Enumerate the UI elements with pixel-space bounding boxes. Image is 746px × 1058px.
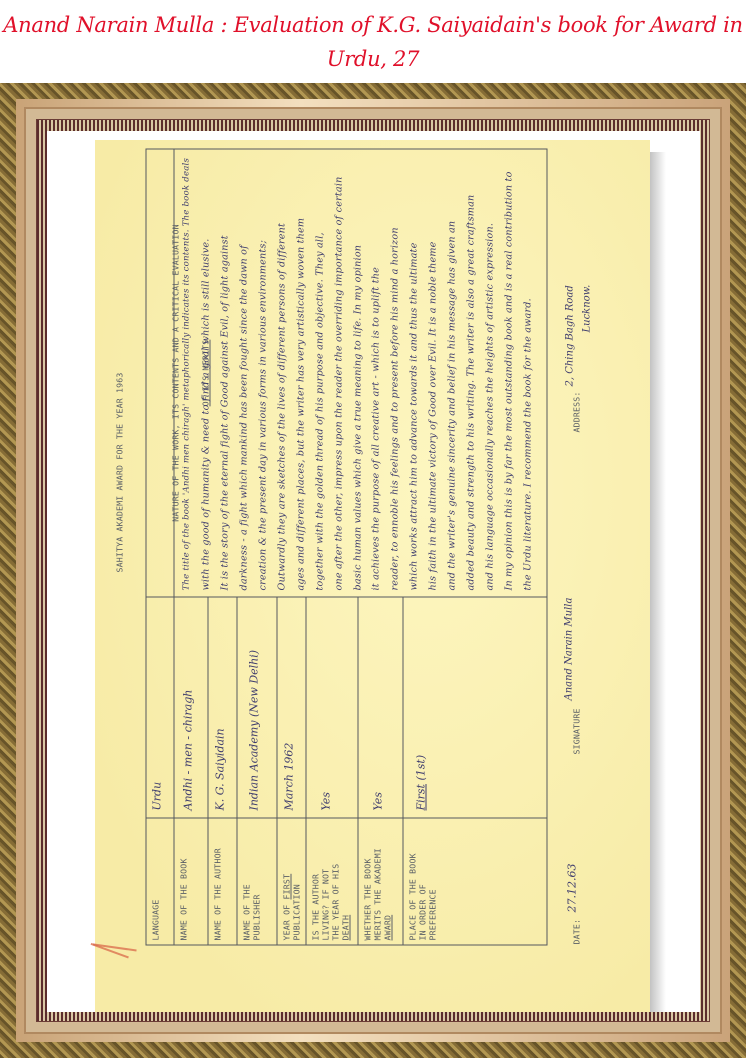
evaluation-line: It is the story of the eternal fight of …	[219, 235, 230, 590]
row-label: WHETHER THE BOOKMERITS THE AKADEMIAWARD	[362, 820, 392, 940]
table-row-divider	[357, 597, 358, 945]
row-value: Andhi - men - chiragh	[181, 689, 194, 810]
address-line-2: Lucknow.	[581, 284, 592, 332]
table-row-divider	[207, 597, 208, 945]
row-label: IS THE AUTHORLIVING? IF NOTTHE YEAR OF H…	[310, 820, 350, 940]
row-label: PLACE OF THE BOOKIN ORDER OFPREFERENCE	[407, 820, 437, 940]
paper-shadow	[650, 152, 666, 1012]
date-label: DATE:	[571, 918, 581, 944]
form-title: SAHITYA AKADEMI AWARD FOR THE YEAR 1963	[114, 282, 124, 662]
evaluation-line: added beauty and strength to his writing…	[465, 194, 476, 590]
table-row-divider	[402, 597, 403, 945]
evaluation-line: and the writer's genuine sincerity and b…	[446, 220, 457, 590]
caption-line-1: Anand Narain Mulla : Evaluation of K.G. …	[0, 8, 746, 76]
row-value: Yes	[319, 792, 332, 810]
table-border-bottom	[546, 148, 547, 945]
evaluation-line: with the good of humanity & need to find…	[200, 238, 211, 590]
table-row-divider	[276, 597, 277, 945]
table-row-divider	[305, 597, 306, 945]
date-value: 27.12.63	[565, 863, 578, 912]
table-border-left	[145, 944, 546, 945]
row-value: March 1962	[282, 742, 295, 810]
evaluation-line: ages and different places, but the write…	[295, 217, 306, 590]
evaluation-line: the Urdu literature. I recommend the boo…	[522, 298, 533, 590]
table-border-top	[145, 148, 146, 945]
evaluation-line: which works attract him to advance towar…	[408, 242, 419, 590]
evaluation-line: it achieves the purpose of all creative …	[370, 266, 381, 590]
evaluation-line: one after the other, impress upon the re…	[333, 176, 344, 590]
table-row-divider	[236, 597, 237, 945]
row-value: K. G. Saiyidain	[213, 728, 226, 810]
row-value: Urdu	[150, 781, 163, 810]
evaluation-line: and his language occasionally reaches th…	[484, 222, 495, 590]
evaluation-line: The title of the book 'Andhi men chiragh…	[181, 157, 191, 590]
row-value: Indian Academy (New Delhi)	[247, 649, 260, 810]
evaluation-line: darkness - a fight which mankind has bee…	[238, 245, 249, 590]
evaluation-line: Outwardly they are sketches of the lives…	[276, 222, 287, 590]
evaluation-header-line-1: NATURE OF THE WORK, ITS CONTENTS AND A C…	[170, 148, 180, 597]
signature-label: SIGNATURE	[571, 708, 581, 754]
evaluation-line: creation & the present day in various fo…	[257, 239, 268, 590]
table-row-divider	[173, 597, 174, 945]
row-label: YEAR OF FIRSTPUBLICATION	[281, 820, 301, 940]
row-value: Yes	[371, 792, 384, 810]
row-label: NAME OF THEPUBLISHER	[241, 820, 261, 940]
evaluation-line: In my opinion this is by far the most ou…	[503, 171, 514, 590]
row-label: NAME OF THE BOOK	[178, 820, 188, 940]
evaluation-text: The title of the book 'Andhi men chiragh…	[179, 154, 539, 590]
evaluation-form-paper: SAHITYA AKADEMI AWARD FOR THE YEAR 1963 …	[95, 140, 650, 1012]
row-value: First (1st)	[414, 754, 427, 810]
address-label: ADDRESS:	[571, 391, 581, 432]
label-value-divider	[145, 817, 546, 818]
signature-value: Anand Narain Mulla	[563, 597, 574, 700]
evaluation-line: basic human values which give a true mea…	[352, 244, 363, 590]
row-label: NAME OF THE AUTHOR	[212, 820, 222, 940]
address-line-1: 2, Ching Bagh Road	[564, 285, 575, 386]
evaluation-line: reader, to ennoble his feelings and to p…	[389, 227, 400, 590]
evaluation-line: his faith in the ultimate victory of Goo…	[427, 241, 438, 590]
row-label: LANGUAGE	[150, 820, 160, 940]
evaluation-line: together with the golden thread of his p…	[314, 232, 325, 590]
rotated-form: SAHITYA AKADEMI AWARD FOR THE YEAR 1963 …	[95, 140, 650, 1012]
